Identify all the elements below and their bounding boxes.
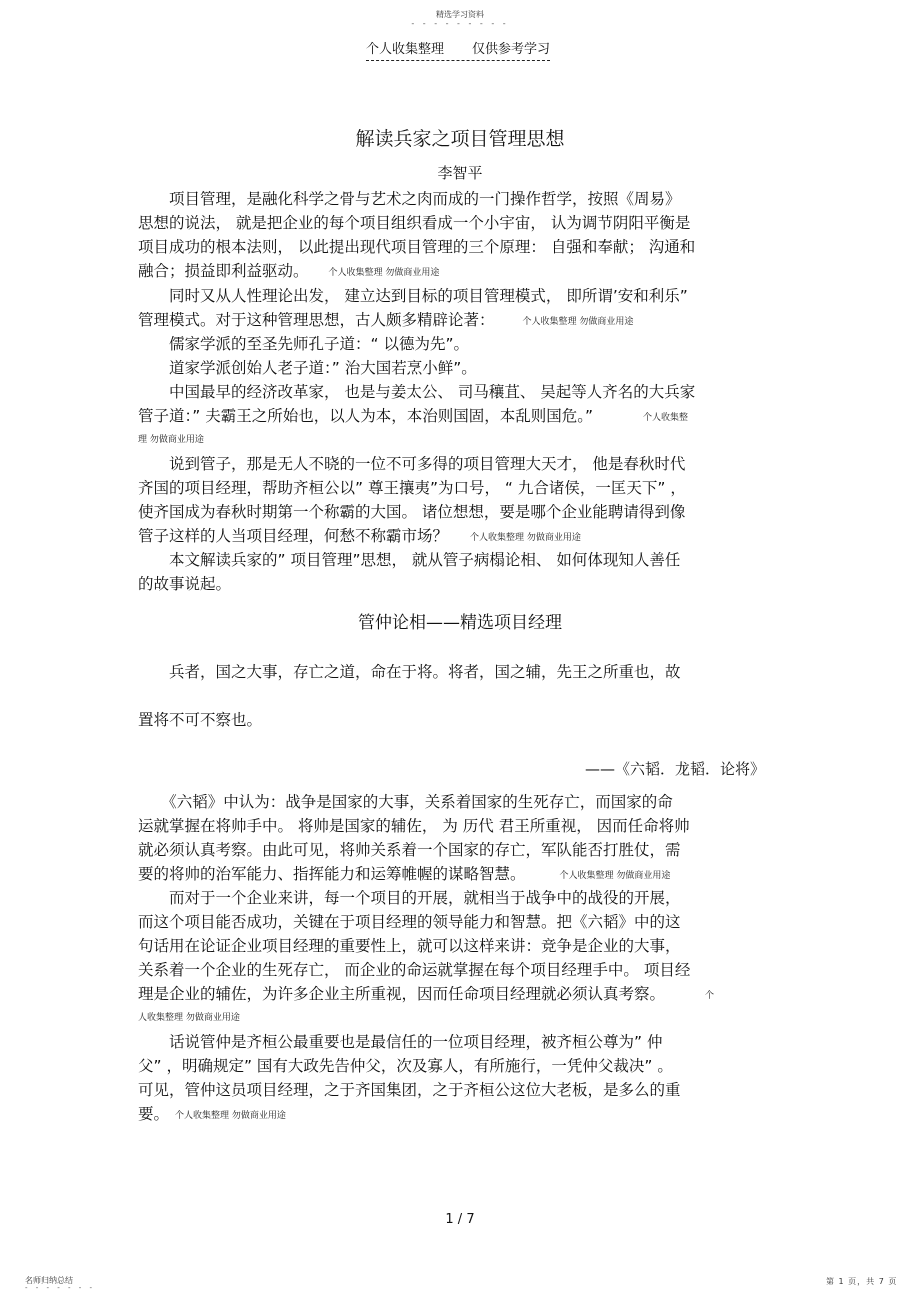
- body-line: 同时又从人性理论出发， 建立达到目标的项目管理模式， 即所谓’安和利乐”: [138, 284, 688, 308]
- section-title: 管仲论相——精选项目经理: [0, 608, 920, 633]
- body-text: 理是企业的辅佐，为许多企业主所重视，因而任命项目经理就必须认真考察。: [138, 985, 665, 1003]
- body-line: 本文解读兵家的” 项目管理”思想， 就从管子病榻论相、 如何体现知人善任: [138, 548, 680, 572]
- watermark-note: 个人收集整理 勿做商业用途: [329, 268, 440, 278]
- body-text: 要。: [138, 1105, 169, 1123]
- body-line: 要的将帅的治军能力、指挥能力和运筹帷幄的谋略智慧。个人收集整理 勿做商业用途: [138, 862, 670, 888]
- body-text: 管子道：” 夫霸王之所始也，以人为本，本治则国固，本乱则国危。”: [138, 407, 593, 425]
- body-line: 管理模式。对于这种管理思想，古人颇多精辟论著：个人收集整理 勿做商业用途: [138, 308, 633, 334]
- body-line: 使齐国成为春秋时期第一个称霸的大国。 诸位想想，要是哪个企业能聘请得到像: [138, 500, 685, 524]
- body-line: 说到管子，那是无人不晓的一位不可多得的项目管理大天才， 他是春秋时代: [138, 452, 685, 476]
- page-indicator: 第 1 页，共 7 页: [826, 1276, 897, 1287]
- banner-right: 仅供参考学习: [472, 42, 550, 57]
- watermark-note: 个人收集整: [643, 413, 688, 423]
- page-number: 1 / 7: [0, 1212, 920, 1227]
- body-line: 管子这样的人当项目经理，何愁不称霸市场？个人收集整理 勿做商业用途: [138, 524, 581, 550]
- body-line: 运就掌握在将帅手中。 将帅是国家的辅佐， 为 历代 君王所重视， 因而任命将帅: [138, 814, 690, 838]
- banner-left: 个人收集整理: [366, 42, 444, 57]
- quote-attribution: ——《六韬．龙韬．论将》: [585, 758, 765, 779]
- body-text: 管理模式。对于这种管理思想，古人颇多精辟论著：: [138, 311, 495, 329]
- top-dots: - - - - - - - - -: [0, 19, 920, 28]
- body-line: 而这个项目能否成功，关键在于项目经理的领导能力和智慧。把《六韬》中的这: [138, 910, 681, 934]
- body-line: 关系着一个企业的生死存亡， 而企业的命运就掌握在每个项目经理手中。 项目经: [138, 958, 690, 982]
- watermark-note: 个人收集整理 勿做商业用途: [523, 317, 634, 327]
- body-text: 管子这样的人当项目经理，何愁不称霸市场？: [138, 527, 448, 545]
- document-title: 解读兵家之项目管理思想: [0, 124, 920, 151]
- body-line: 要。个人收集整理 勿做商业用途: [138, 1102, 286, 1128]
- body-line: 话说管仲是齐桓公最重要也是最信任的一位项目经理，被齐桓公尊为” 仲: [138, 1030, 662, 1054]
- author: 李智平: [0, 162, 920, 183]
- header-banner: 个人收集整理仅供参考学习: [366, 38, 550, 61]
- footer-dots: - - - - - - -: [25, 1284, 95, 1292]
- body-line: 句话用在论证企业项目经理的重要性上，就可以这样来讲：竞争是企业的大事，: [138, 934, 681, 958]
- watermark-note: 个人收集整理 勿做商业用途: [470, 533, 581, 543]
- body-text: 要的将帅的治军能力、指挥能力和运筹帷幄的谋略智慧。: [138, 865, 526, 883]
- quote-line: 兵者，国之大事，存亡之道，命在于将。将者，国之辅，先王之所重也，故: [138, 660, 681, 684]
- body-line: 理是企业的辅佐，为许多企业主所重视，因而任命项目经理就必须认真考察。个: [138, 982, 714, 1008]
- body-line: 而对于一个企业来讲，每一个项目的开展，就相当于战争中的战役的开展，: [138, 886, 681, 910]
- watermark-note: 人收集整理 勿做商业用途: [138, 1010, 240, 1023]
- body-line: 中国最早的经济改革家， 也是与姜太公、 司马穰苴、 吴起等人齐名的大兵家: [138, 380, 695, 404]
- body-line: 《六韬》中认为：战争是国家的大事，关系着国家的生死存亡，而国家的命: [138, 790, 673, 814]
- watermark-note: 个人收集整理 勿做商业用途: [560, 871, 671, 881]
- body-line: 可见，管仲这员项目经理，之于齐国集团，之于齐桓公这位大老板，是多么的重: [138, 1078, 681, 1102]
- body-line: 就必须认真考察。由此可见，将帅关系着一个国家的存亡，军队能否打胜仗，需: [138, 838, 681, 862]
- watermark-note: 个: [705, 991, 714, 1001]
- body-line: 管子道：” 夫霸王之所始也，以人为本，本治则国固，本乱则国危。”个人收集整: [138, 404, 688, 430]
- watermark-note: 理 勿做商业用途: [138, 432, 204, 445]
- body-line: 儒家学派的至圣先师孔子道：“ 以德为先”。: [138, 332, 469, 356]
- quote-line: 置将不可不察也。: [138, 708, 262, 732]
- body-line: 思想的说法， 就是把企业的每个项目组织看成一个小宇宙， 认为调节阴阳平衡是: [138, 211, 690, 235]
- body-line: 的故事说起。: [138, 572, 231, 596]
- body-text: 融合；损益即利益驱动。: [138, 262, 309, 280]
- body-line: 父” ，明确规定” 国有大政先告仲父，次及寡人，有所施行，一凭仲父裁决” 。: [138, 1054, 673, 1078]
- body-line: 道家学派创始人老子道：” 治大国若烹小鲜”。: [138, 356, 477, 380]
- body-line: 融合；损益即利益驱动。个人收集整理 勿做商业用途: [138, 259, 439, 285]
- watermark-note: 个人收集整理 勿做商业用途: [175, 1111, 286, 1121]
- body-line: 项目管理，是融化科学之骨与艺术之肉而成的一门操作哲学，按照《周易》: [138, 187, 681, 211]
- body-line: 项目成功的根本法则， 以此提出现代项目管理的三个原理： 自强和奉献； 沟通和: [138, 235, 695, 259]
- body-line: 齐国的项目经理，帮助齐桓公以” 尊王攘夷”为口号， “ 九合诸侯，一匡天下” ，: [138, 476, 686, 500]
